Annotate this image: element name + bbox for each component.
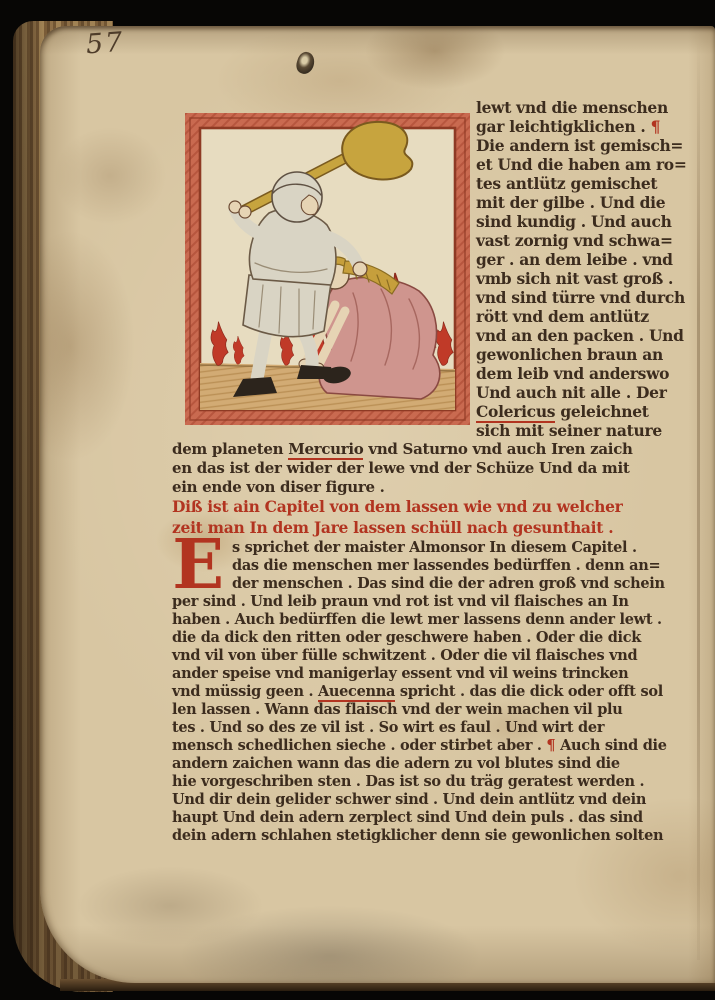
text-line: haupt Und dein adern zerplect sind Und d… <box>172 809 715 827</box>
club-head <box>342 122 412 180</box>
text-line: len lassen . Wann das flaisch vnd der we… <box>172 701 715 719</box>
text-line: dein adern schlahen stetigklicher denn s… <box>172 827 715 845</box>
right-column-text: lewt vnd die menschengar leichtigklichen… <box>476 98 712 440</box>
chapter-text: E s sprichet der maister Almonsor In die… <box>172 539 715 845</box>
text-line: rött vnd dem antlütz <box>476 307 712 326</box>
text-line: Colericus geleichnet <box>476 402 712 421</box>
miniature-illustration <box>185 113 470 425</box>
text-line: hie vorgeschriben sten . Das ist so du t… <box>172 773 715 791</box>
text-line: vnd an den packen . Und <box>476 326 712 345</box>
text-line: sich mit seiner nature <box>476 421 712 440</box>
text-line: lewt vnd die menschen <box>476 98 712 117</box>
text-line: gewonlichen braun an <box>476 345 712 364</box>
text-line: Diß ist ain Capitel von dem lassen wie v… <box>172 497 712 518</box>
text-line: gar leichtigklichen . ¶ <box>476 117 712 136</box>
text-line: andern zaichen wann das die adern zu vol… <box>172 755 715 773</box>
miniature-svg <box>185 113 470 425</box>
text-line: die da dick den ritten oder geschwere ha… <box>172 629 715 647</box>
text-line: vast zornig vnd schwa= <box>476 231 712 250</box>
text-line: mit der gilbe . Und die <box>476 193 712 212</box>
text-line: Die andern ist gemisch= <box>476 136 712 155</box>
text-line: et Und die haben am ro= <box>476 155 712 174</box>
text-line: zeit man In dem Jare lassen schüll nach … <box>172 518 712 539</box>
text-line: s sprichet der maister Almonsor In diese… <box>172 539 715 557</box>
text-line: Und dir dein gelider schwer sind . Und d… <box>172 791 715 809</box>
text-line: ein ende von diser figure . <box>172 478 712 497</box>
man-shoe-front <box>297 365 335 379</box>
man-fist-in-hair <box>353 262 367 276</box>
text-line: das die menschen mer lassendes bedürffen… <box>172 557 715 575</box>
text-line: vnd müssig geen . Auecenna spricht . das… <box>172 683 715 701</box>
text-line: sind kundig . Und auch <box>476 212 712 231</box>
text-line: vnd sind türre vnd durch <box>476 288 712 307</box>
text-line: ger . an dem leibe . vnd <box>476 250 712 269</box>
text-line: en das ist der wider der lewe vnd der Sc… <box>172 459 712 478</box>
text-line: tes antlütz gemischet <box>476 174 712 193</box>
text-line: vnd vil von über fülle schwitzent . Oder… <box>172 647 715 665</box>
text-line: haben . Auch bedürffen die lewt mer lass… <box>172 611 715 629</box>
rubric-heading: Diß ist ain Capitel von dem lassen wie v… <box>172 497 712 538</box>
manuscript-photo: 57 <box>0 0 715 1000</box>
text-line: Und auch nit alle . Der <box>476 383 712 402</box>
text-line: dem planeten Mercurio vnd Saturno vnd au… <box>172 440 712 459</box>
text-line: vmb sich nit vast groß . <box>476 269 712 288</box>
text-line: mensch schedlichen sieche . oder stirbet… <box>172 737 715 755</box>
text-line: der menschen . Das sind die der adren gr… <box>172 575 715 593</box>
text-line: ander speise vnd manigerlay essent vnd v… <box>172 665 715 683</box>
chapter-lines: s sprichet der maister Almonsor In diese… <box>172 539 715 845</box>
text-line: tes . Und so des ze vil ist . So wirt es… <box>172 719 715 737</box>
text-line: per sind . Und leib praun vnd rot ist vn… <box>172 593 715 611</box>
text-line: dem leib vnd anderswo <box>476 364 712 383</box>
chapter-initial: E <box>172 539 224 593</box>
below-figure-text: dem planeten Mercurio vnd Saturno vnd au… <box>172 440 712 497</box>
folio-number: 57 <box>85 27 125 61</box>
